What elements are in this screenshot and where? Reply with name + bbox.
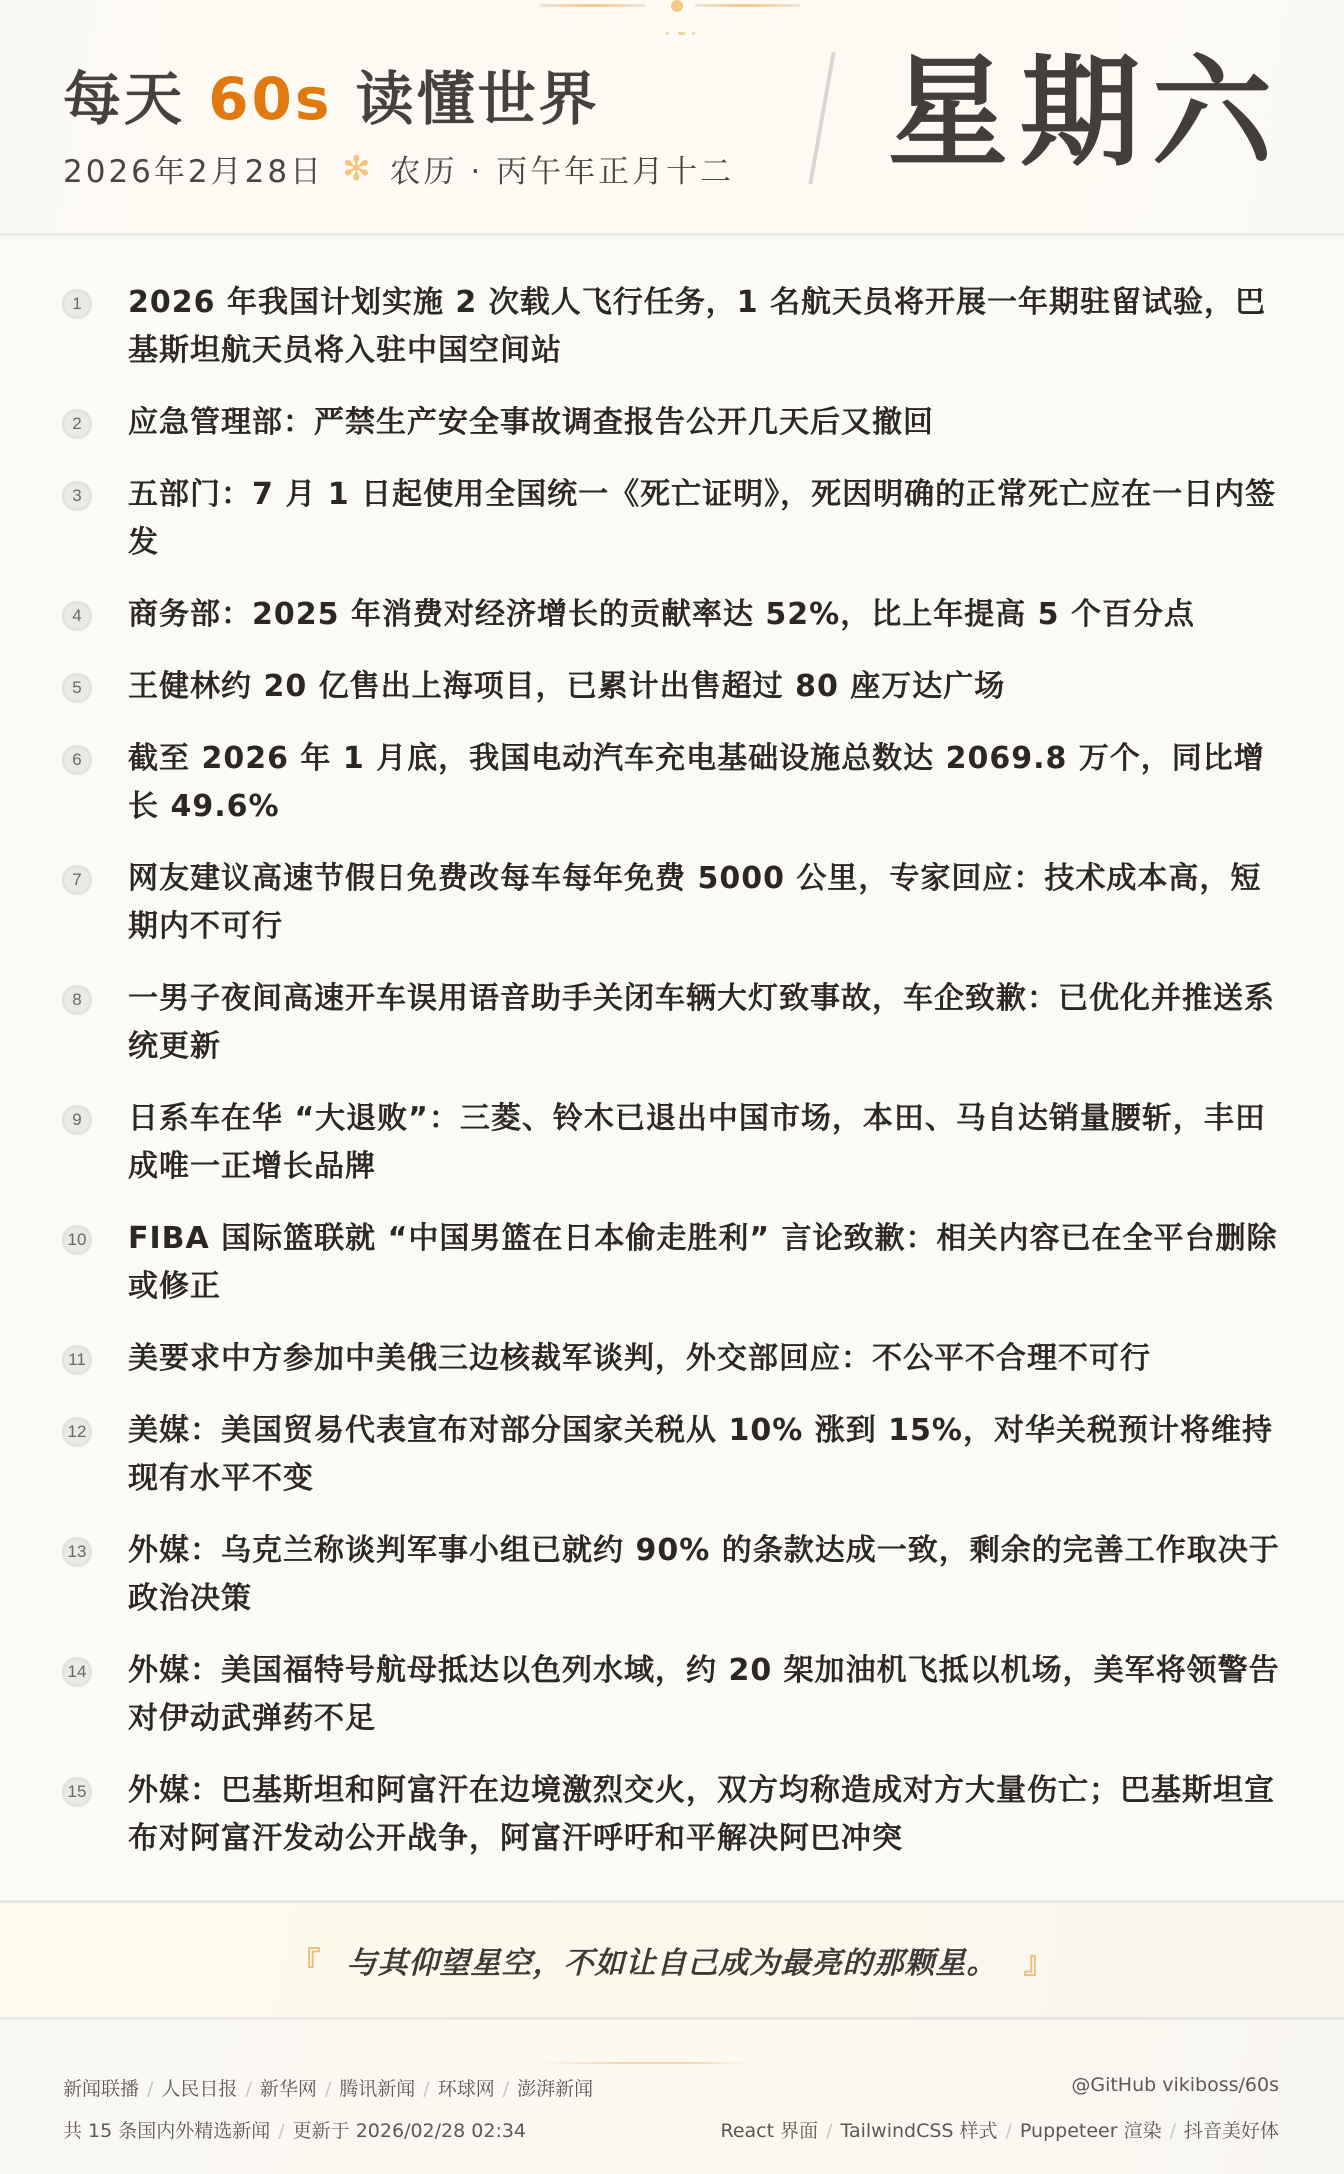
item-number-badge: 7	[62, 865, 92, 895]
news-item: 13 外媒：乌克兰称谈判军事小组已就约 90% 的条款达成一致，剩余的完善工作取…	[0, 1527, 1344, 1623]
separator: /	[325, 2078, 331, 2100]
news-item: 15 外媒：巴基斯坦和阿富汗在边境激烈交火，双方均称造成对方大量伤亡；巴基斯坦宣…	[0, 1767, 1344, 1863]
news-item: 3 五部门：7 月 1 日起使用全国统一《死亡证明》，死因明确的正常死亡应在一日…	[0, 471, 1344, 567]
updated-time: 更新于 2026/02/28 02:34	[293, 2120, 526, 2142]
decoration-line-left	[540, 4, 645, 7]
title-prefix: 每天	[63, 65, 208, 133]
header: 每天 60s 读懂世界 2026年2月28日 ✻ 农历 · 丙午年正月十二 星期…	[0, 0, 1344, 236]
news-item-text: 网友建议高速节假日免费改每车每年免费 5000 公里，专家回应：技术成本高，短期…	[128, 855, 1284, 951]
news-source: 新华网	[260, 2078, 317, 2100]
separator: /	[1170, 2120, 1176, 2142]
page-title: 每天 60s 读懂世界	[63, 52, 600, 136]
item-number-badge: 8	[62, 985, 92, 1015]
item-number-badge: 10	[62, 1225, 92, 1255]
gregorian-date: 2026年2月28日	[63, 146, 324, 191]
news-item-text: 五部门：7 月 1 日起使用全国统一《死亡证明》，死因明确的正常死亡应在一日内签…	[128, 471, 1284, 567]
news-item-text: 应急管理部：严禁生产安全事故调查报告公开几天后又撤回	[128, 399, 934, 447]
item-number-badge: 11	[62, 1345, 92, 1375]
item-number-badge: 6	[62, 745, 92, 775]
news-item: 5 王健林约 20 亿售出上海项目，已累计出售超过 80 座万达广场	[0, 663, 1344, 711]
quote-banner: 『 与其仰望星空，不如让自己成为最亮的那颗星。 』	[0, 1900, 1344, 2020]
footer: 新闻联播/人民日报/新华网/腾讯新闻/环球网/澎湃新闻 共 15 条国内外精选新…	[0, 2020, 1344, 2174]
asterisk-icon: ✻	[342, 149, 374, 189]
item-number-badge: 12	[62, 1417, 92, 1447]
separator: /	[245, 2078, 251, 2100]
weekday: 星期六	[888, 48, 1284, 180]
top-decoration	[530, 0, 810, 40]
news-count: 共 15 条国内外精选新闻	[63, 2120, 270, 2142]
separator: /	[1006, 2120, 1012, 2142]
tech-credit: 抖音美好体	[1184, 2120, 1279, 2142]
quote-open-mark: 『	[291, 1938, 321, 1982]
quote-text: 与其仰望星空，不如让自己成为最亮的那颗星。	[347, 1938, 998, 1982]
date-line: 2026年2月28日 ✻ 农历 · 丙午年正月十二	[63, 146, 734, 191]
news-item: 14 外媒：美国福特号航母抵达以色列水域，约 20 架加油机飞抵以机场，美军将领…	[0, 1647, 1344, 1743]
news-item: 4 商务部：2025 年消费对经济增长的贡献率达 52%，比上年提高 5 个百分…	[0, 591, 1344, 639]
news-item: 2 应急管理部：严禁生产安全事故调查报告公开几天后又撤回	[0, 399, 1344, 447]
tech-credit: TailwindCSS 样式	[841, 2120, 998, 2142]
footer-decoration-line	[540, 2062, 750, 2064]
item-number-badge: 14	[62, 1657, 92, 1687]
news-item-text: 商务部：2025 年消费对经济增长的贡献率达 52%，比上年提高 5 个百分点	[128, 591, 1195, 639]
divider-slash	[808, 52, 835, 184]
news-item: 8 一男子夜间高速开车误用语音助手关闭车辆大灯致事故，车企致歉：已优化并推送系统…	[0, 975, 1344, 1071]
news-source: 澎湃新闻	[517, 2078, 593, 2100]
separator: /	[147, 2078, 153, 2100]
news-item: 6 截至 2026 年 1 月底，我国电动汽车充电基础设施总数达 2069.8 …	[0, 735, 1344, 831]
tech-credit: React 界面	[720, 2120, 818, 2142]
footer-sources: 新闻联播/人民日报/新华网/腾讯新闻/环球网/澎湃新闻	[63, 2074, 593, 2101]
item-number-badge: 5	[62, 673, 92, 703]
footer-meta: 共 15 条国内外精选新闻/更新于 2026/02/28 02:34	[63, 2116, 526, 2143]
news-item-text: 美要求中方参加中美俄三边核裁军谈判，外交部回应：不公平不合理不可行	[128, 1335, 1151, 1383]
separator: /	[826, 2120, 832, 2142]
news-item-text: 截至 2026 年 1 月底，我国电动汽车充电基础设施总数达 2069.8 万个…	[128, 735, 1284, 831]
item-number-badge: 13	[62, 1537, 92, 1567]
footer-tech: React 界面/TailwindCSS 样式/Puppeteer 渲染/抖音美…	[720, 2116, 1279, 2143]
item-number-badge: 2	[62, 409, 92, 439]
news-item: 1 2026 年我国计划实施 2 次载人飞行任务，1 名航天员将开展一年期驻留试…	[0, 279, 1344, 375]
tech-credit: Puppeteer 渲染	[1020, 2120, 1162, 2142]
news-item: 7 网友建议高速节假日免费改每车每年免费 5000 公里，专家回应：技术成本高，…	[0, 855, 1344, 951]
item-number-badge: 9	[62, 1105, 92, 1135]
news-item-text: 美媒：美国贸易代表宣布对部分国家关税从 10% 涨到 15%，对华关税预计将维持…	[128, 1407, 1284, 1503]
github-link[interactable]: @GitHub vikiboss/60s	[1071, 2074, 1279, 2096]
quote-close-mark: 』	[1024, 1938, 1054, 1982]
item-number-badge: 3	[62, 481, 92, 511]
news-item: 9 日系车在华 “大退败”：三菱、铃木已退出中国市场，本田、马自达销量腰斩，丰田…	[0, 1095, 1344, 1191]
news-item: 11 美要求中方参加中美俄三边核裁军谈判，外交部回应：不公平不合理不可行	[0, 1335, 1344, 1383]
news-item: 10 FIBA 国际篮联就 “中国男篮在日本偷走胜利” 言论致歉：相关内容已在全…	[0, 1215, 1344, 1311]
separator: /	[503, 2078, 509, 2100]
news-list: 1 2026 年我国计划实施 2 次载人飞行任务，1 名航天员将开展一年期驻留试…	[0, 239, 1344, 1900]
news-item-text: 日系车在华 “大退败”：三菱、铃木已退出中国市场，本田、马自达销量腰斩，丰田成唯…	[128, 1095, 1284, 1191]
news-item-text: FIBA 国际篮联就 “中国男篮在日本偷走胜利” 言论致歉：相关内容已在全平台删…	[128, 1215, 1284, 1311]
news-item: 12 美媒：美国贸易代表宣布对部分国家关税从 10% 涨到 15%，对华关税预计…	[0, 1407, 1344, 1503]
news-item-text: 外媒：巴基斯坦和阿富汗在边境激烈交火，双方均称造成对方大量伤亡；巴基斯坦宣布对阿…	[128, 1767, 1284, 1863]
news-item-text: 外媒：美国福特号航母抵达以色列水域，约 20 架加油机飞抵以机场，美军将领警告对…	[128, 1647, 1284, 1743]
news-source: 腾讯新闻	[339, 2078, 415, 2100]
item-number-badge: 15	[62, 1777, 92, 1807]
decoration-dot	[671, 0, 683, 12]
news-item-text: 一男子夜间高速开车误用语音助手关闭车辆大灯致事故，车企致歉：已优化并推送系统更新	[128, 975, 1284, 1071]
separator: /	[278, 2120, 284, 2142]
news-item-text: 外媒：乌克兰称谈判军事小组已就约 90% 的条款达成一致，剩余的完善工作取决于政…	[128, 1527, 1284, 1623]
news-item-text: 王健林约 20 亿售出上海项目，已累计出售超过 80 座万达广场	[128, 663, 1005, 711]
item-number-badge: 4	[62, 601, 92, 631]
item-number-badge: 1	[62, 289, 92, 319]
title-suffix: 读懂世界	[332, 65, 599, 133]
news-source: 新闻联播	[63, 2078, 139, 2100]
lunar-date: 农历 · 丙午年正月十二	[390, 146, 735, 191]
title-accent: 60s	[208, 65, 332, 133]
decoration-dots	[666, 32, 696, 36]
decoration-line-right	[695, 4, 800, 7]
news-item-text: 2026 年我国计划实施 2 次载人飞行任务，1 名航天员将开展一年期驻留试验，…	[128, 279, 1284, 375]
news-source: 环球网	[438, 2078, 495, 2100]
news-source: 人民日报	[161, 2078, 237, 2100]
separator: /	[423, 2078, 429, 2100]
